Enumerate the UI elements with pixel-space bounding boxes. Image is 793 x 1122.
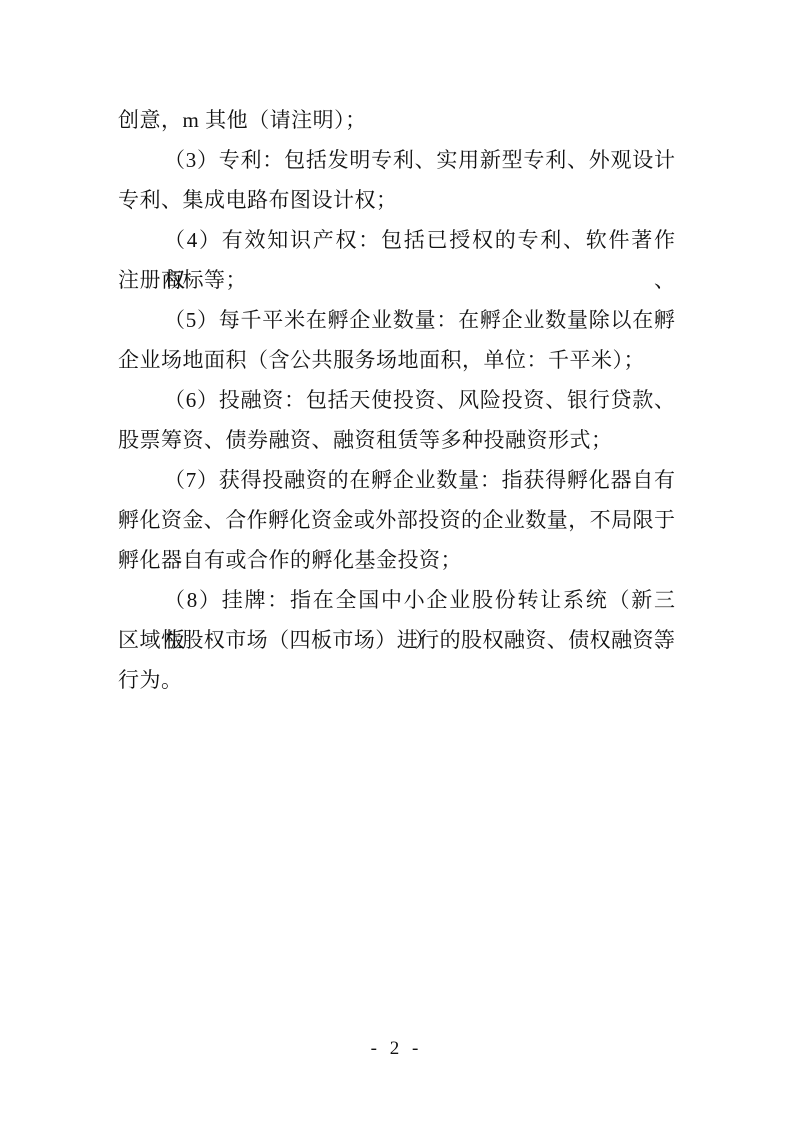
text-line: 孵化器自有或合作的孵化基金投资； [118,540,675,580]
text-line: 专利、集成电路布图设计权； [118,180,675,220]
text-line: 企业场地面积（含公共服务场地面积，单位：千平米）； [118,340,675,380]
text-line: （7）获得投融资的在孵企业数量：指获得孵化器自有 [118,460,675,500]
text-line: 行为。 [118,660,675,700]
text-line: （6）投融资：包括天使投资、风险投资、银行贷款、 [118,380,675,420]
document-page: 创意，m 其他（请注明）；（3）专利：包括发明专利、实用新型专利、外观设计专利、… [0,0,793,1122]
text-line: 孵化资金、合作孵化资金或外部投资的企业数量，不局限于 [118,500,675,540]
text-line: 创意，m 其他（请注明）； [118,100,675,140]
text-line: 股票筹资、债券融资、融资租赁等多种投融资形式； [118,420,675,460]
document-body: 创意，m 其他（请注明）；（3）专利：包括发明专利、实用新型专利、外观设计专利、… [118,100,675,700]
text-line: （5）每千平米在孵企业数量：在孵企业数量除以在孵 [118,300,675,340]
text-line: 区域性股权市场（四板市场）进行的股权融资、债权融资等 [118,620,675,660]
text-line: （3）专利：包括发明专利、实用新型专利、外观设计 [118,140,675,180]
text-line: （4）有效知识产权：包括已授权的专利、软件著作权、 [118,220,675,260]
page-number: - 2 - [0,1038,793,1060]
text-line: （8）挂牌：指在全国中小企业股份转让系统（新三板）、 [118,580,675,620]
